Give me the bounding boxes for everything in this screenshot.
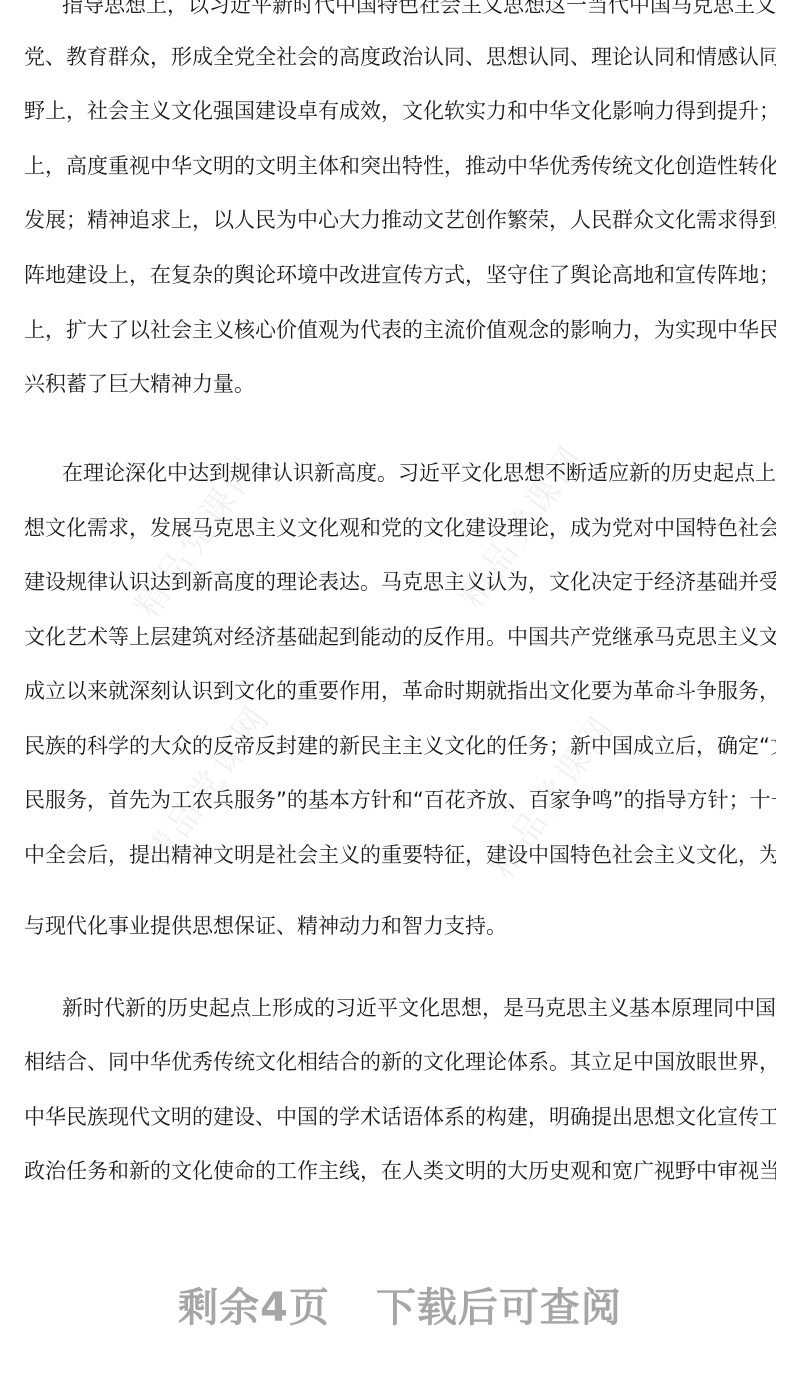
text-line: 发展；精神追求上，以人民为中心大力推动文艺创作繁荣，人民群众文化需求得到更好满足… xyxy=(24,205,776,235)
text-line: 与现代化事业提供思想保证、精神动力和智力支持。 xyxy=(24,911,776,941)
download-to-view-label: 下载后可查阅 xyxy=(376,1285,622,1331)
text-line: 政治任务和新的文化使命的工作主线，在人类文明的大历史观和宽广视野中审视当代中国文 xyxy=(24,1156,776,1186)
text-line: 指导思想上，以习近平新时代中国特色社会主义思想这一当代中国马克思主义武装全 xyxy=(62,0,776,20)
text-line: 相结合、同中华优秀传统文化相结合的新的文化理论体系。其立足中国放眼世界，深入推进 xyxy=(24,1047,776,1077)
text-line: 党、教育群众，形成全党全社会的高度政治认同、思想认同、理论认同和情感认同；世界视 xyxy=(24,42,776,72)
text-line: 成立以来就深刻认识到文化的重要作用，革命时期就指出文化要为革命斗争服务，提出发展 xyxy=(24,676,776,706)
text-line: 民服务，首先为工农兵服务”的基本方针和“百花齐放、百家争鸣”的指导方针；十一届三 xyxy=(24,785,776,815)
text-line: 建设规律认识达到新高度的理论表达。马克思主义认为，文化决定于经济基础并受其制约， xyxy=(24,567,776,597)
remaining-pages-notice[interactable]: 剩余4页下载后可查阅 xyxy=(0,1280,800,1336)
document-page: 精品党课网 精品党课网 精品党课网 精品党课网 指导思想上，以习近平新时代中国特… xyxy=(0,0,800,1385)
text-line: 上，高度重视中华文明的文明主体和突出特性，推动中华优秀传统文化创造性转化和创新性 xyxy=(24,151,776,181)
text-line: 上，扩大了以社会主义核心价值观为代表的主流价值观念的影响力，为实现中华民族伟大复 xyxy=(24,315,776,345)
text-line: 民族的科学的大众的反帝反封建的新民主主义文化的任务；新中国成立后，确定“文艺为人 xyxy=(24,731,776,761)
text-line: 阵地建设上，在复杂的舆论环境中改进宣传方式，坚守住了舆论高地和宣传阵地；价值引领 xyxy=(24,260,776,290)
text-line: 野上，社会主义文化强国建设卓有成效，文化软实力和中华文化影响力得到提升；文化传承 xyxy=(24,96,776,126)
text-line: 新时代新的历史起点上形成的习近平文化思想，是马克思主义基本原理同中国具体实际 xyxy=(62,993,776,1023)
remaining-pages-label: 剩余4页 xyxy=(178,1285,330,1331)
text-line: 中华民族现代文明的建设、中国的学术话语体系的构建，明确提出思想文化宣传工作的首要 xyxy=(24,1102,776,1132)
text-line: 兴积蓄了巨大精神力量。 xyxy=(24,369,776,399)
text-line: 中全会后，提出精神文明是社会主义的重要特征，建设中国特色社会主义文化，为改革开放 xyxy=(24,840,776,870)
text-line: 文化艺术等上层建筑对经济基础起到能动的反作用。中国共产党继承马克思主义文化观，自 xyxy=(24,622,776,652)
text-line: 想文化需求，发展马克思主义文化观和党的文化建设理论，成为党对中国特色社会主义文化 xyxy=(24,513,776,543)
text-line: 在理论深化中达到规律认识新高度。习近平文化思想不断适应新的历史起点上的宣传思 xyxy=(62,458,776,488)
